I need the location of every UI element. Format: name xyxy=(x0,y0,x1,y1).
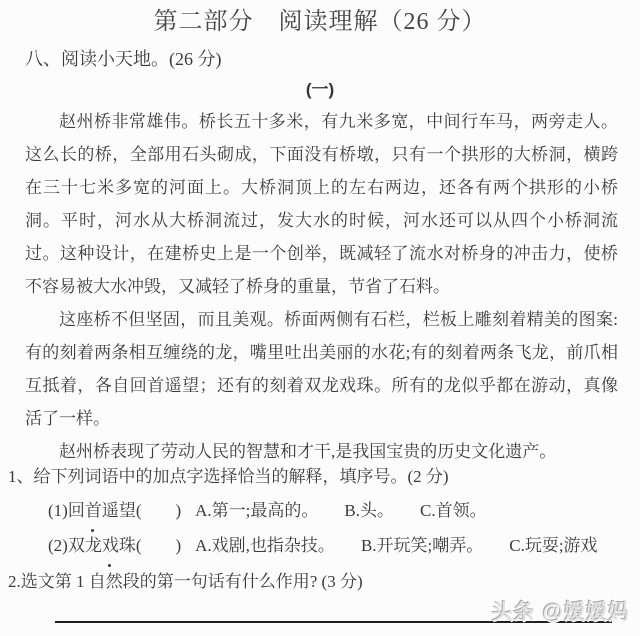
item-1-answer-bracket: ( ) xyxy=(136,493,181,528)
item-1-option-a: A.第一;最高的。 xyxy=(195,493,318,528)
item-2-option-c: C.玩耍;游戏 xyxy=(509,528,597,563)
question-1-item-2: (2)双龙戏珠( ) A.戏剧,也指杂技。 B.开玩笑;嘲弄。 C.玩耍;游戏 xyxy=(48,528,628,563)
question-1-items: (1)回首遥望( ) A.第一;最高的。 B.头。 C.首领。 (2)双龙戏珠(… xyxy=(48,493,628,563)
passage-paragraph-2: 这座桥不但坚固，而且美观。桥面两侧有石栏，栏板上雕刻着精美的图案:有的刻着两条相… xyxy=(25,303,618,435)
item-1-word-post: 遥望 xyxy=(102,493,136,528)
test-paper-page: 第二部分 阅读理解（26 分） 八、阅读小天地。(26 分) (一) 赵州桥非常… xyxy=(0,0,640,636)
item-1-word-pre: (1)回 xyxy=(48,493,85,528)
item-2-word-post: 珠 xyxy=(119,528,136,563)
passage-number-label: (一) xyxy=(0,75,640,100)
watermark-text: 头条 @嫒嫒妈 xyxy=(492,596,630,626)
item-2-dotted-char: 戏 xyxy=(102,528,119,563)
passage-paragraph-1: 赵州桥非常雄伟。桥长五十多米，有九米多宽，中间行车马，两旁走人。这么长的桥，全部… xyxy=(25,105,618,303)
item-2-answer-bracket: ( ) xyxy=(136,528,181,563)
page-title: 第二部分 阅读理解（26 分） xyxy=(0,6,640,38)
question-2-label: 2.选文第 1 自然段的第一句话有什么作用? (3 分) xyxy=(8,565,628,598)
item-2-option-a: A.戏剧,也指杂技。 xyxy=(195,528,335,563)
item-2-word-pre: (2)双龙 xyxy=(48,528,102,563)
section-heading: 八、阅读小天地。(26 分) xyxy=(25,46,222,72)
item-1-dotted-char: 首 xyxy=(85,493,102,528)
item-1-option-c: C.首领。 xyxy=(420,493,487,528)
item-1-option-b: B.头。 xyxy=(344,493,394,528)
question-1-item-1: (1)回首遥望( ) A.第一;最高的。 B.头。 C.首领。 xyxy=(48,493,628,528)
reading-passage: 赵州桥非常雄伟。桥长五十多米，有九米多宽，中间行车马，两旁走人。这么长的桥，全部… xyxy=(25,105,618,468)
item-2-option-b: B.开玩笑;嘲弄。 xyxy=(361,528,483,563)
question-1-label: 1、给下列词语中的加点字选择恰当的解释，填序号。(2 分) xyxy=(8,460,628,493)
questions-section: 1、给下列词语中的加点字选择恰当的解释，填序号。(2 分) (1)回首遥望( )… xyxy=(8,460,628,598)
